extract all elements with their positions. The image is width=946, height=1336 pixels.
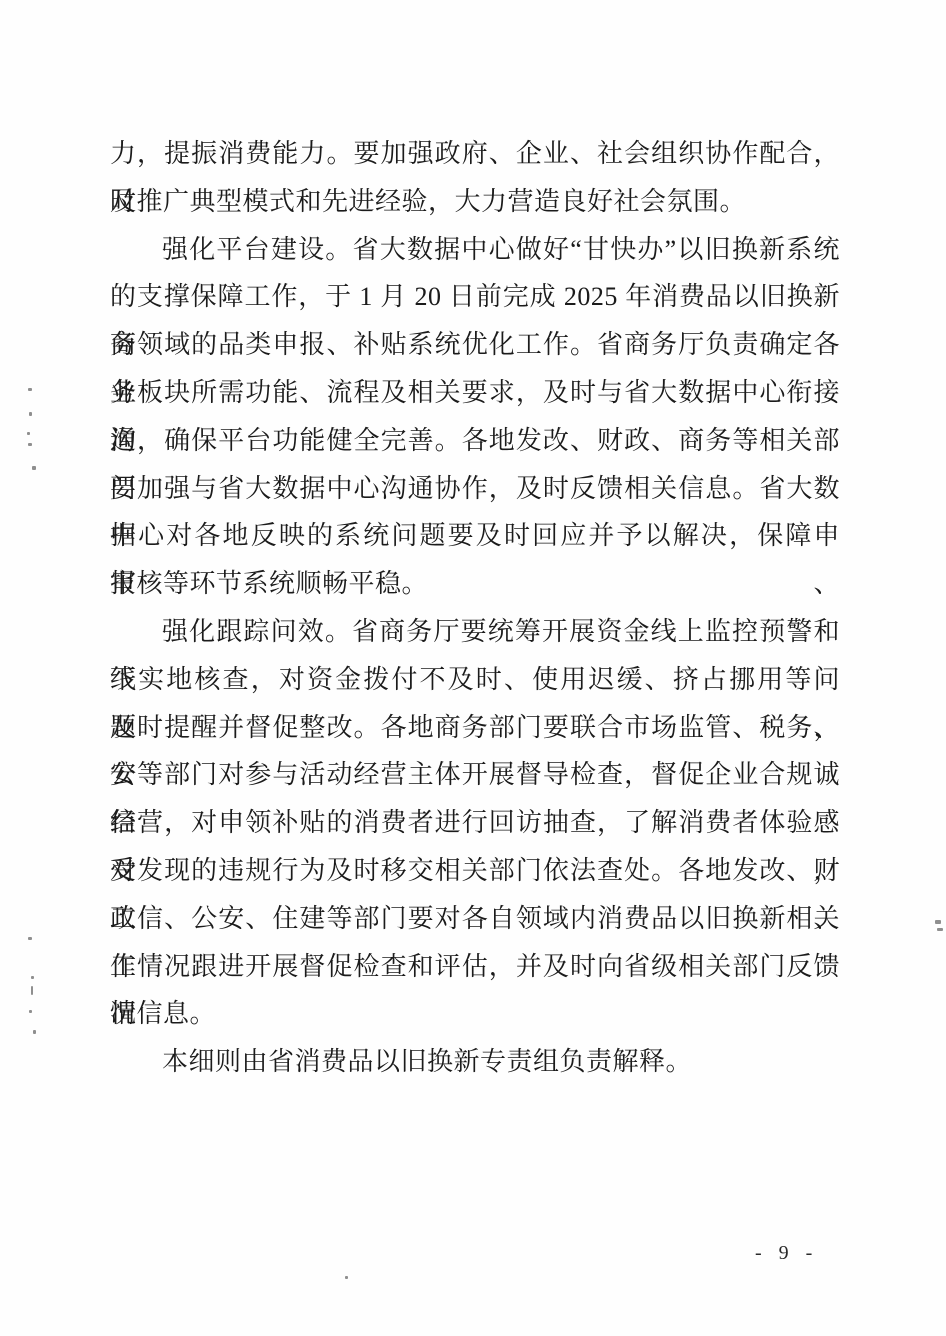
text-line: 强化平台建设。省大数据中心做好“甘快办”以旧换新系统 (110, 226, 840, 274)
scan-speck (28, 443, 32, 446)
text-line: 的支撑保障工作，于 1 月 20 日前完成 2025 年消费品以旧换新商 (110, 273, 840, 321)
scan-speck (33, 1030, 36, 1034)
scan-speck (937, 928, 943, 931)
scan-speck (28, 388, 32, 391)
text-line: 通，确保平台功能健全完善。各地发改、财政、商务等相关部门 (110, 417, 840, 465)
text-line: 及时提醒并督促整改。各地商务部门要联合市场监管、税务、公 (110, 704, 840, 752)
scan-speck (345, 1276, 348, 1279)
text-line: 安等部门对参与活动经营主体开展督导检查，督促企业合规诚信 (110, 751, 840, 799)
scan-speck (935, 920, 941, 924)
page-number: - 9 - (755, 1242, 818, 1265)
text-line: 作情况跟进开展督促检查和评估，并及时向省级相关部门反馈情 (110, 943, 840, 991)
text-line: 中心对各地反映的系统问题要及时回应并予以解决，保障申报、 (110, 512, 840, 560)
text-line: 工信、公安、住建等部门要对各自领域内消费品以旧换新相关工 (110, 895, 840, 943)
text-line: 力，提振消费能力。要加强政府、企业、社会组织协作配合，及 (110, 130, 840, 178)
scan-speck (31, 986, 33, 995)
text-line: 强化跟踪问效。省商务厅要统筹开展资金线上监控预警和线 (110, 608, 840, 656)
text-line: 对发现的违规行为及时移交相关部门依法查处。各地发改、财政、 (110, 847, 840, 895)
document-page: 力，提振消费能力。要加强政府、企业、社会组织协作配合，及 时推广典型模式和先进经… (0, 0, 946, 1336)
scan-speck (28, 937, 32, 940)
scan-speck (32, 466, 36, 470)
document-body: 力，提振消费能力。要加强政府、企业、社会组织协作配合，及 时推广典型模式和先进经… (110, 130, 840, 1086)
text-line: 经营，对申领补贴的消费者进行回访抽查，了解消费者体验感受， (110, 799, 840, 847)
scan-speck (27, 432, 30, 435)
scan-speck (31, 976, 34, 979)
text-line: 务板块所需功能、流程及相关要求，及时与省大数据中心衔接沟 (110, 369, 840, 417)
text-line: 务领域的品类申报、补贴系统优化工作。省商务厅负责确定各业 (110, 321, 840, 369)
text-line: 下实地核查，对资金拨付不及时、使用迟缓、挤占挪用等问题， (110, 656, 840, 704)
text-line: 况信息。 (110, 990, 840, 1038)
text-line: 本细则由省消费品以旧换新专责组负责解释。 (110, 1038, 840, 1086)
text-line: 要加强与省大数据中心沟通协作，及时反馈相关信息。省大数据 (110, 465, 840, 513)
scan-speck (29, 412, 32, 416)
scan-speck (29, 1010, 32, 1013)
text-line: 时推广典型模式和先进经验，大力营造良好社会氛围。 (110, 178, 840, 226)
